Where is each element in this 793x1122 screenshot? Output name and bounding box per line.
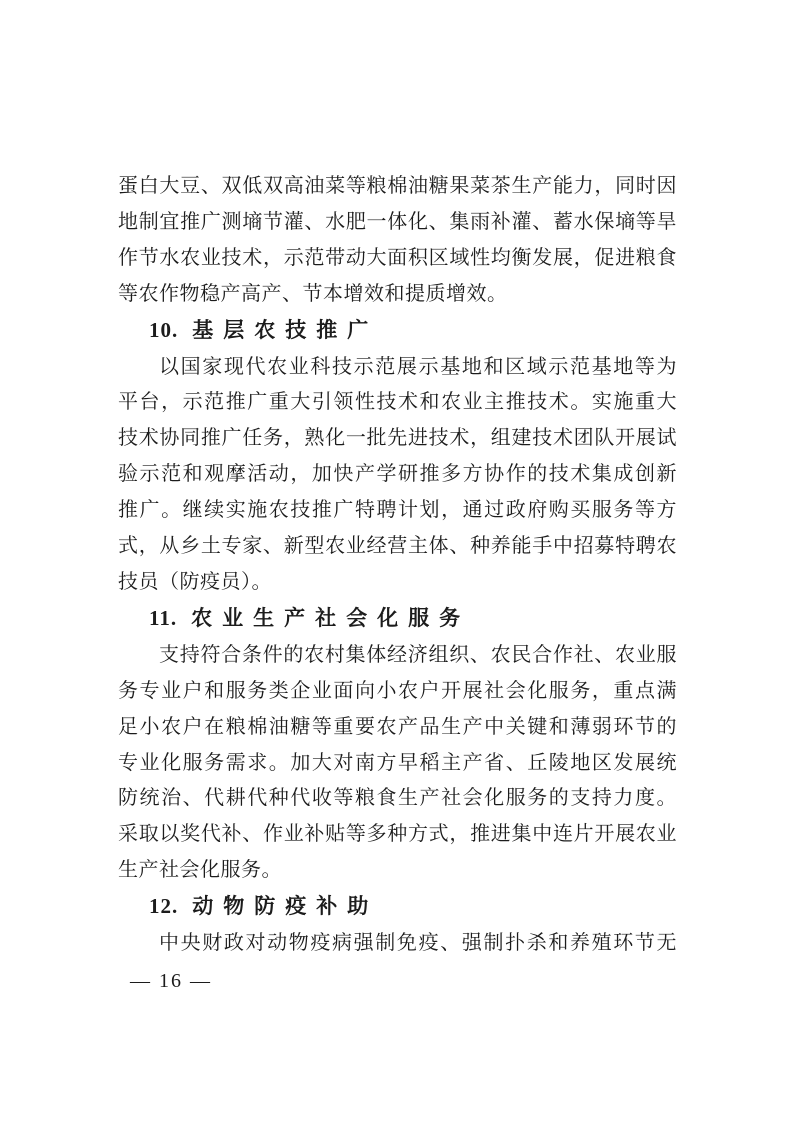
heading-title: 动物防疫补助 xyxy=(192,889,378,925)
paragraph-line: 等农作物稳产高产、节本增效和提质增效。 xyxy=(118,277,677,313)
document-body: 蛋白大豆、双低双高油菜等粮棉油糖果菜茶生产能力，同时因地制宜推广测墒节灌、水肥一… xyxy=(118,169,677,962)
paragraph-line: 技员（防疫员）。 xyxy=(118,565,677,601)
paragraph-line: 生产社会化服务。 xyxy=(118,853,677,889)
heading-title: 农业生产社会化服务 xyxy=(191,601,470,637)
paragraph-line: 采取以奖代补、作业补贴等多种方式，推进集中连片开展农业 xyxy=(118,817,677,853)
paragraph-line: 以国家现代农业科技示范展示基地和区域示范基地等为 xyxy=(118,350,677,386)
paragraph-line: 蛋白大豆、双低双高油菜等粮棉油糖果菜茶生产能力，同时因 xyxy=(118,169,677,205)
paragraph-line: 支持符合条件的农村集体经济组织、农民合作社、农业服 xyxy=(118,638,677,674)
section-heading: 12.动物防疫补助 xyxy=(118,889,677,926)
page-footer: — 16 — xyxy=(130,970,212,993)
paragraph-line: 中央财政对动物疫病强制免疫、强制扑杀和养殖环节无 xyxy=(118,926,677,962)
heading-number: 12. xyxy=(149,889,178,925)
paragraph-line: 技术协同推广任务，熟化一批先进技术，组建技术团队开展试 xyxy=(118,421,677,457)
paragraph-line: 务专业户和服务类企业面向小农户开展社会化服务，重点满 xyxy=(118,674,677,710)
heading-number: 11. xyxy=(149,601,177,637)
document-page: 蛋白大豆、双低双高油菜等粮棉油糖果菜茶生产能力，同时因地制宜推广测墒节灌、水肥一… xyxy=(0,0,793,1122)
paragraph-line: 足小农户在粮棉油糖等重要农产品生产中关键和薄弱环节的 xyxy=(118,710,677,746)
paragraph-line: 式，从乡土专家、新型农业经营主体、种养能手中招募特聘农 xyxy=(118,529,677,565)
paragraph-line: 专业化服务需求。加大对南方早稻主产省、丘陵地区发展统 xyxy=(118,746,677,782)
heading-number: 10. xyxy=(149,313,178,349)
paragraph-line: 验示范和观摩活动，加快产学研推多方协作的技术集成创新 xyxy=(118,457,677,493)
heading-title: 基层农技推广 xyxy=(192,313,378,349)
paragraph-line: 地制宜推广测墒节灌、水肥一体化、集雨补灌、蓄水保墒等旱 xyxy=(118,205,677,241)
section-heading: 10.基层农技推广 xyxy=(118,313,677,350)
paragraph-line: 推广。继续实施农技推广特聘计划，通过政府购买服务等方 xyxy=(118,493,677,529)
section-heading: 11.农业生产社会化服务 xyxy=(118,601,677,638)
page-number: — 16 — xyxy=(130,970,212,992)
paragraph-line: 防统治、代耕代种代收等粮食生产社会化服务的支持力度。 xyxy=(118,781,677,817)
paragraph-line: 平台，示范推广重大引领性技术和农业主推技术。实施重大 xyxy=(118,385,677,421)
paragraph-line: 作节水农业技术，示范带动大面积区域性均衡发展，促进粮食 xyxy=(118,241,677,277)
